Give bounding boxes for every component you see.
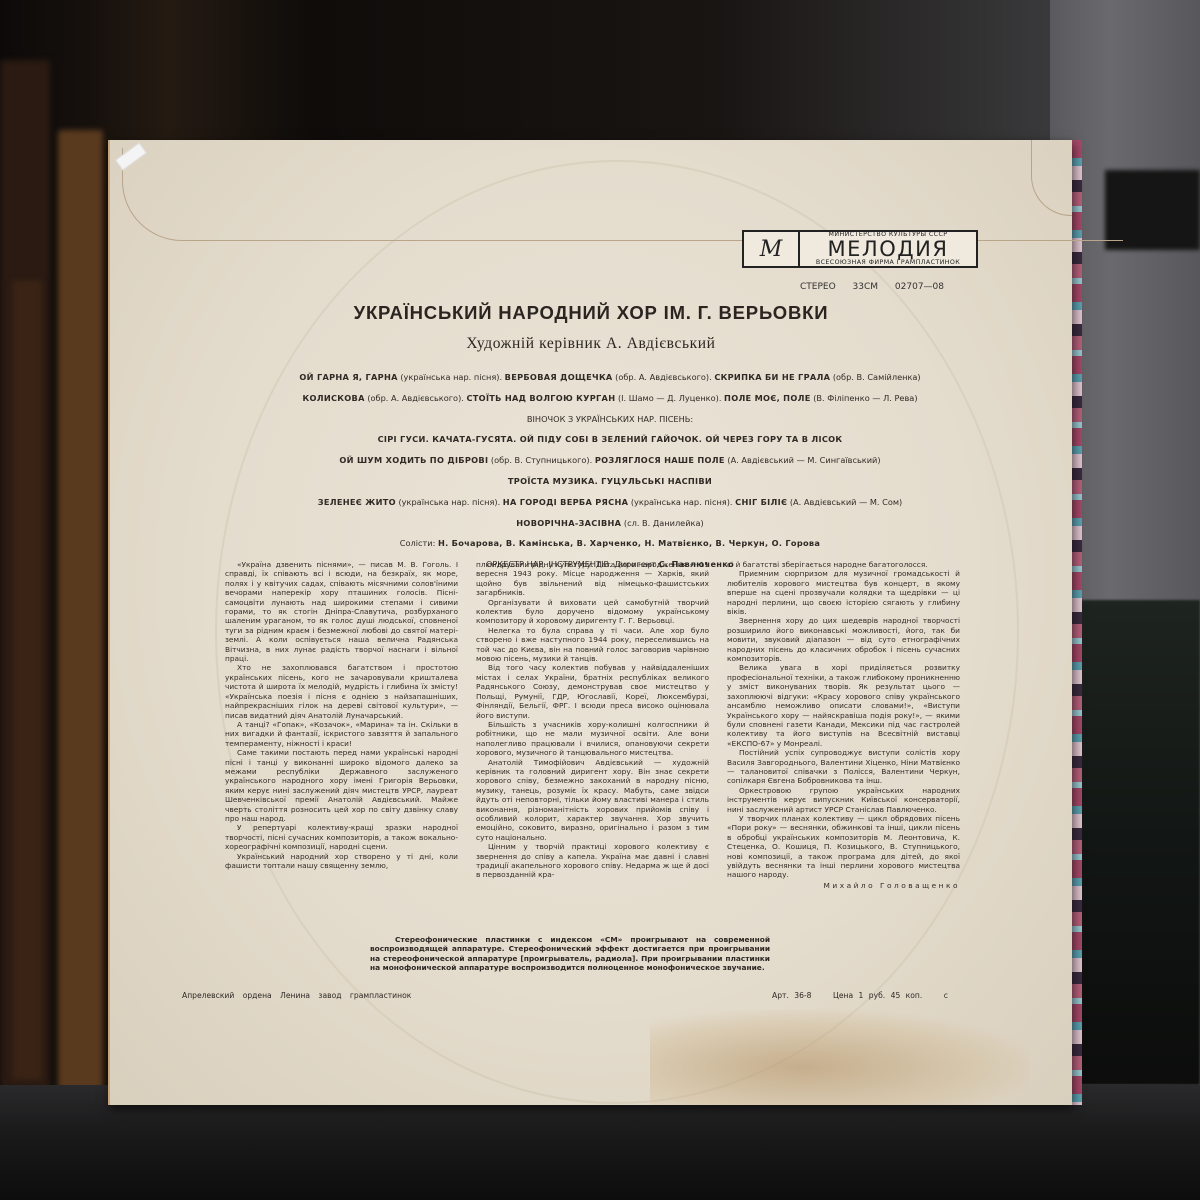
liner-paragraph: У творчих планах колективу — цикл обрядо… bbox=[727, 814, 960, 880]
liner-column: «Україна дзвенить піснями», — писав М. В… bbox=[225, 560, 458, 890]
album-title: УКРАЇНСЬКИЙ НАРОДНИЙ ХОР ІМ. Г. ВЕРЬОВКИ bbox=[110, 302, 1072, 324]
track-credit: (обр. А. Авдієвського). bbox=[365, 393, 467, 403]
liner-paragraph: плюндрували рідну культуру. Дата його на… bbox=[476, 560, 709, 598]
album-subtitle: Художній керівник А. Авдієвський bbox=[110, 335, 1072, 353]
track-line: СІРІ ГУСИ. КАЧАТА-ГУСЯТА. ОЙ ПІДУ СОБІ В… bbox=[260, 434, 960, 445]
track-credit: (українська нар. пісня). bbox=[396, 497, 503, 507]
photo-scene: М МИНИСТЕРСТВО КУЛЬТУРЫ СССР МЕЛОДИЯ ВСЕ… bbox=[0, 0, 1200, 1200]
liner-paragraph: Постійний успіх супроводжує виступи солі… bbox=[727, 748, 960, 786]
liner-paragraph: Приємним сюрпризом для музичної громадсь… bbox=[727, 569, 960, 616]
stereo-note: Стереофонические пластинки с индексом «С… bbox=[370, 935, 770, 973]
liner-paragraph: Організувати й виховати цей самобутній т… bbox=[476, 598, 709, 626]
liner-paragraph: А танці? «Гопак», «Козачок», «Марина» та… bbox=[225, 720, 458, 748]
melodiya-logo: М МИНИСТЕРСТВО КУЛЬТУРЫ СССР МЕЛОДИЯ ВСЕ… bbox=[742, 230, 978, 268]
track-title: СНІГ БІЛІЄ bbox=[735, 497, 787, 507]
liner-column: плюндрували рідну культуру. Дата його на… bbox=[476, 560, 709, 890]
track-title: СІРІ ГУСИ. КАЧАТА-ГУСЯТА. ОЙ ПІДУ СОБІ В… bbox=[378, 434, 843, 444]
track-list: ОЙ ГАРНА Я, ГАРНА (українська нар. пісня… bbox=[260, 372, 960, 580]
track-title: ОЙ ГАРНА Я, ГАРНА bbox=[299, 372, 397, 382]
track-title: РОЗЛЯГЛОСЯ НАШЕ ПОЛЕ bbox=[595, 455, 725, 465]
melodiya-emblem-icon: М bbox=[744, 232, 800, 266]
track-credit: Солісти: bbox=[400, 538, 438, 548]
liner-paragraph: Більшість з учасників хору-колишні колго… bbox=[476, 720, 709, 758]
plant-name: Апрелевский ордена Ленина завод грамплас… bbox=[182, 991, 411, 1000]
track-credit: (В. Філіпенко — Л. Рева) bbox=[811, 393, 918, 403]
background-book bbox=[58, 130, 103, 1090]
track-line: ОЙ ГАРНА Я, ГАРНА (українська нар. пісня… bbox=[260, 372, 960, 383]
water-stain bbox=[650, 1010, 1030, 1105]
liner-paragraph: Український народний хор створено у ті д… bbox=[225, 852, 458, 871]
track-title: ЗЕЛЕНЕЄ ЖИТО bbox=[318, 497, 396, 507]
stereo-note-text: Стереофонические пластинки с индексом «С… bbox=[370, 935, 770, 973]
track-line: НОВОРІЧНА-ЗАСІВНА (сл. В. Данилейка) bbox=[260, 518, 960, 529]
price-line: Арт. 36-8 Цена 1 руб. 45 коп. с bbox=[772, 991, 964, 1000]
catalog-number: 33СМ 02707—08 bbox=[853, 282, 944, 292]
track-title: НОВОРІЧНА-ЗАСІВНА bbox=[516, 518, 621, 528]
background-books bbox=[1080, 600, 1200, 1085]
mark: с bbox=[944, 991, 948, 1000]
article-number: Арт. 36-8 bbox=[772, 991, 812, 1000]
liner-paragraph: «Україна дзвенить піснями», — писав М. В… bbox=[225, 560, 458, 663]
track-line: ТРОЇСТА МУЗИКА. ГУЦУЛЬСЬКІ НАСПІВИ bbox=[260, 476, 960, 487]
track-line: КОЛИСКОВА (обр. А. Авдієвського). СТОЇТЬ… bbox=[260, 393, 960, 404]
track-credit: (обр. В. Самійленка) bbox=[830, 372, 920, 382]
track-title: СТОЇТЬ НАД ВОЛГОЮ КУРГАН bbox=[466, 393, 615, 403]
sleeve-flap bbox=[122, 148, 1123, 241]
brand-name: МЕЛОДИЯ bbox=[828, 239, 949, 260]
brand-subtitle: ВСЕСОЮЗНАЯ ФИРМА ГРАМПЛАСТИНОК bbox=[816, 260, 960, 266]
liner-paragraph: Анатолій Тимофійович Авдієвський — худож… bbox=[476, 758, 709, 843]
track-line: ОЙ ШУМ ХОДИТЬ ПО ДІБРОВІ (обр. В. Ступни… bbox=[260, 455, 960, 466]
track-credit: (А. Авдієвський — М. Сом) bbox=[787, 497, 902, 507]
liner-notes: «Україна дзвенить піснями», — писав М. В… bbox=[225, 560, 960, 890]
track-line: Солісти: Н. Бочарова, В. Камінська, В. Х… bbox=[260, 538, 960, 549]
record-sleeve-back: М МИНИСТЕРСТВО КУЛЬТУРЫ СССР МЕЛОДИЯ ВСЕ… bbox=[108, 140, 1072, 1105]
track-title: ОЙ ШУМ ХОДИТЬ ПО ДІБРОВІ bbox=[339, 455, 488, 465]
track-credit: (обр. В. Ступницького). bbox=[488, 455, 595, 465]
liner-paragraph: Велика увага в хорі приділяється розвитк… bbox=[727, 663, 960, 748]
track-credit: (українська нар. пісня). bbox=[628, 497, 735, 507]
liner-paragraph: Звернення хору до цих шедеврів народної … bbox=[727, 616, 960, 663]
liner-paragraph: Нелегка то була справа у ті часи. Але хо… bbox=[476, 626, 709, 664]
track-title: ПОЛЕ МОЄ, ПОЛЕ bbox=[724, 393, 811, 403]
track-credit: (А. Авдієвський — М. Сингаївський) bbox=[725, 455, 881, 465]
liner-paragraph: У репертуарі колективу-кращі зразки наро… bbox=[225, 823, 458, 851]
track-credit: (І. Шамо — Д. Луценко). bbox=[615, 393, 724, 403]
track-title: ВЕРБОВАЯ ДОЩЕЧКА bbox=[505, 372, 613, 382]
track-title: Н. Бочарова, В. Камінська, В. Харченко, … bbox=[438, 538, 820, 548]
track-title: ТРОЇСТА МУЗИКА. ГУЦУЛЬСЬКІ НАСПІВИ bbox=[508, 476, 712, 486]
background-book bbox=[12, 280, 42, 1080]
track-title: СКРИПКА БИ НЕ ГРАЛА bbox=[714, 372, 830, 382]
track-credit: (обр. А. Авдієвського). bbox=[613, 372, 715, 382]
liner-author: Михайло Головащенко bbox=[727, 881, 960, 890]
track-credit: (сл. В. Данилейка) bbox=[621, 518, 703, 528]
format-label: СТЕРЕО bbox=[800, 282, 836, 292]
track-credit: ВІНОЧОК З УКРАЇНСЬКИХ НАР. ПІСЕНЬ: bbox=[527, 414, 693, 424]
liner-paragraph: Оркестровою групою українських народних … bbox=[727, 786, 960, 814]
liner-paragraph: Від того часу колектив побував у найвідд… bbox=[476, 663, 709, 719]
liner-column: сі й багатстві зберігається народне бага… bbox=[727, 560, 960, 890]
liner-paragraph: Саме такими постають перед нами українсь… bbox=[225, 748, 458, 823]
liner-paragraph: Хто не захоплювався багатством і простот… bbox=[225, 663, 458, 719]
liner-paragraph: Цінним у творчій практиці хорового колек… bbox=[476, 842, 709, 880]
track-title: КОЛИСКОВА bbox=[302, 393, 364, 403]
catalog-line: СТЕРЕО 33СМ 02707—08 bbox=[800, 282, 944, 292]
track-line: ВІНОЧОК З УКРАЇНСЬКИХ НАР. ПІСЕНЬ: bbox=[260, 414, 960, 425]
track-title: НА ГОРОДІ ВЕРБА РЯСНА bbox=[503, 497, 628, 507]
price: Цена 1 руб. 45 коп. bbox=[833, 991, 922, 1000]
track-credit: (українська нар. пісня). bbox=[398, 372, 505, 382]
track-line: ЗЕЛЕНЕЄ ЖИТО (українська нар. пісня). НА… bbox=[260, 497, 960, 508]
liner-paragraph: сі й багатстві зберігається народне бага… bbox=[727, 560, 960, 569]
